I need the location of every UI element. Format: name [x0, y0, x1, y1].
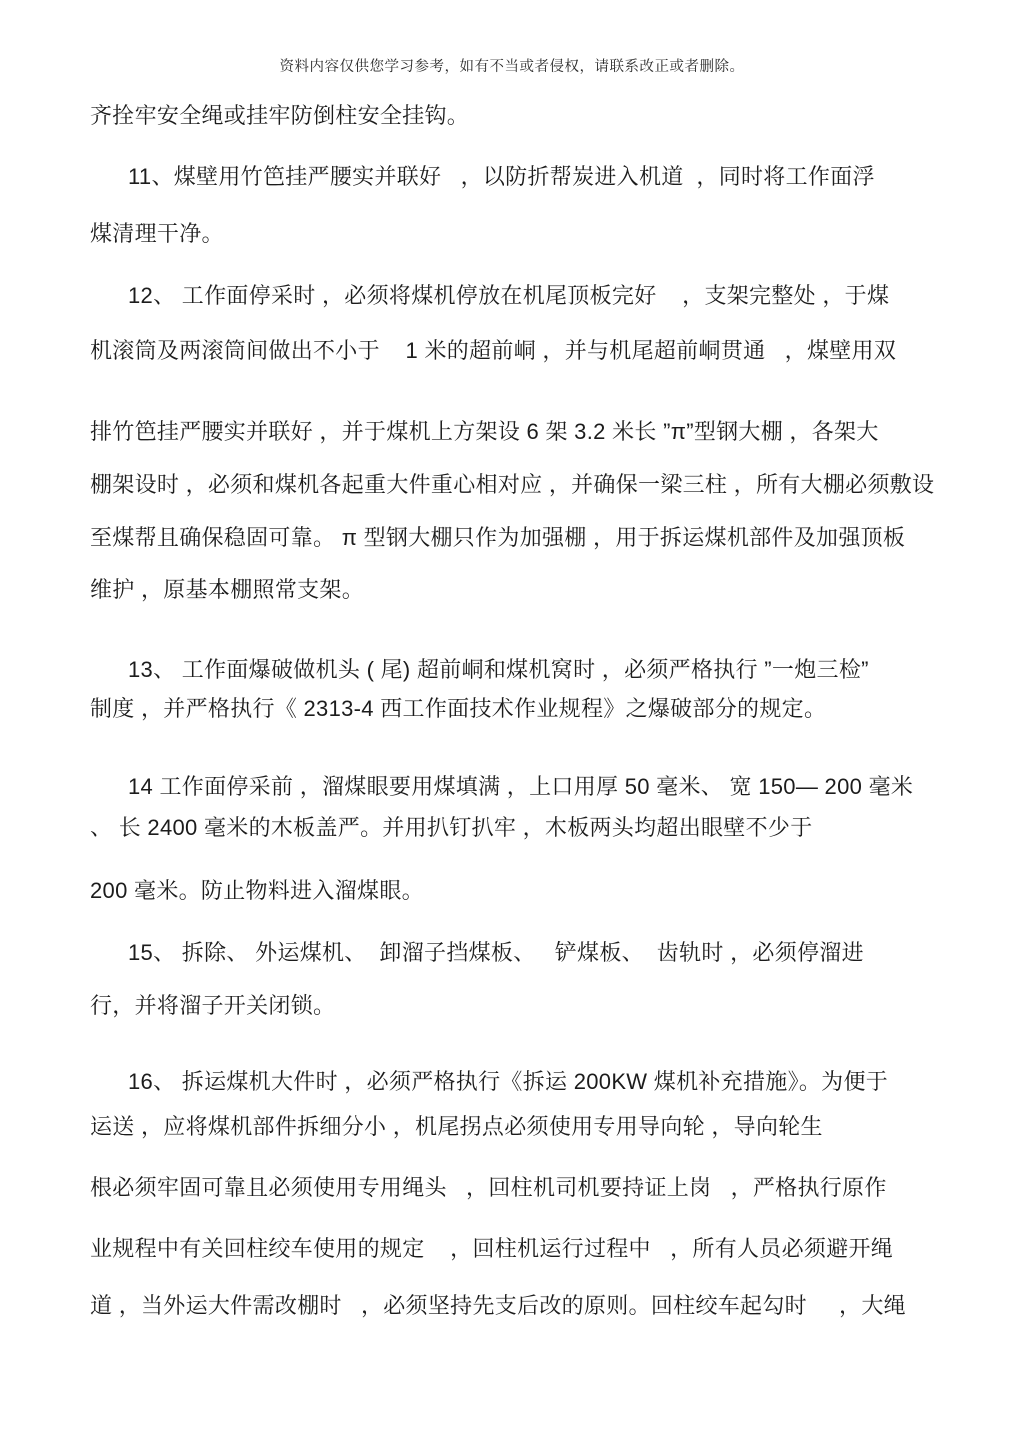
text-line-item-12: 12、 工作面停采时 ，必须将煤机停放在机尾顶板完好 ，支架完整处 ，于煤 — [128, 281, 889, 311]
text-line-item-13: 13、 工作面爆破做机头 ( 尾) 超前峒和煤机窝时 ，必须严格执行 ”一炮三检… — [128, 655, 869, 685]
text-line: 排竹笆挂严腰实并联好 ，并于煤机上方架设 6 架 3.2 米长 ”π”型钢大棚 … — [90, 417, 879, 447]
text-line: 机滚筒及两滚筒间做出不小于 1 米的超前峒 ，并与机尾超前峒贯通 ，煤壁用双 — [90, 336, 896, 366]
text-line: 齐拴牢安全绳或挂牢防倒柱安全挂钩。 — [90, 101, 469, 131]
text-line: 、 长 2400 毫米的木板盖严。并用扒钉扒牢 ，木板两头均超出眼壁不少于 — [90, 813, 813, 843]
disclaimer-header: 资料内容仅供您学习参考，如有不当或者侵权，请联系改正或者删除。 — [0, 57, 1024, 77]
text-line-item-14: 14 工作面停采前 ，溜煤眼要用煤填满 ，上口用厚 50 毫米、 宽 150— … — [128, 772, 913, 802]
text-line: 棚架设时 ，必须和煤机各起重大件重心相对应 ，并确保一梁三柱 ，所有大棚必须敷设 — [90, 470, 934, 500]
text-line: 维护 ，原基本棚照常支架。 — [90, 575, 364, 605]
document-page: 资料内容仅供您学习参考，如有不当或者侵权，请联系改正或者删除。 齐拴牢安全绳或挂… — [0, 0, 1024, 1450]
text-line: 行，并将溜子开关闭锁。 — [90, 991, 335, 1021]
text-line: 运送 ，应将煤机部件拆细分小 ，机尾拐点必须使用专用导向轮 ，导向轮生 — [90, 1112, 823, 1142]
text-line-item-11: 11、煤壁用竹笆挂严腰实并联好 ，以防折帮炭进入机道 ，同时将工作面浮 — [128, 162, 875, 192]
text-line: 至煤帮且确保稳固可靠。 π 型钢大棚只作为加强棚 ，用于拆运煤机部件及加强顶板 — [90, 523, 905, 553]
text-line: 根必须牢固可靠且必须使用专用绳头 ，回柱机司机要持证上岗 ，严格执行原作 — [90, 1173, 887, 1203]
text-line: 煤清理干净。 — [90, 219, 224, 249]
text-line: 制度 ，并严格执行《 2313-4 西工作面技术作业规程》之爆破部分的规定。 — [90, 694, 826, 724]
text-line: 200 毫米。防止物料进入溜煤眼。 — [90, 876, 424, 906]
text-line-item-15: 15、 拆除、 外运煤机、 卸溜子挡煤板、 铲煤板、 齿轨时 ，必须停溜进 — [128, 938, 864, 968]
text-line: 业规程中有关回柱绞车使用的规定 ，回柱机运行过程中 ，所有人员必须避开绳 — [90, 1234, 893, 1264]
text-line-item-16: 16、 拆运煤机大件时 ，必须严格执行《拆运 200KW 煤机补充措施》。为便于 — [128, 1067, 888, 1097]
text-line: 道 ，当外运大件需改棚时 ，必须坚持先支后改的原则。回柱绞车起勾时 ，大绳 — [90, 1291, 906, 1321]
